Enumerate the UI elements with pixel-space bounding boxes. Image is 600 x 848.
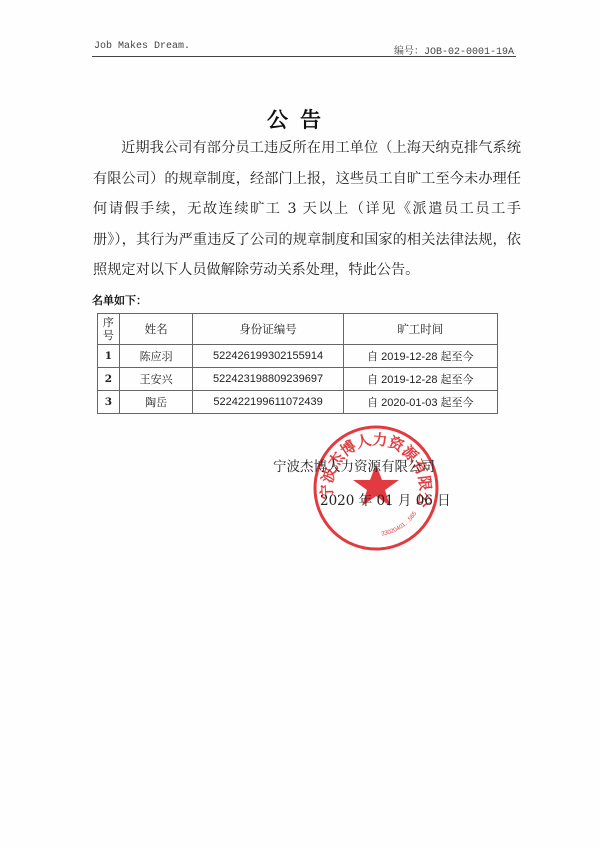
notice-title: 公告 — [0, 104, 600, 134]
signatory-company: 宁波杰博人力资源有限公司 — [273, 455, 435, 475]
signature-date: 2020 年 01 月 06 日 — [320, 489, 451, 509]
cell-seq: 2 — [98, 368, 120, 391]
header-seq-line1: 序 — [103, 316, 114, 329]
header-seq: 序号 — [98, 314, 120, 345]
cell-id-number: 522423198809239697 — [193, 368, 343, 391]
header-seq-line2: 号 — [103, 329, 114, 342]
header-name: 姓名 — [119, 314, 193, 345]
cell-name: 王安兴 — [119, 368, 193, 391]
company-seal-icon: 宁波杰博人力资源有限公司 33020401…565 — [312, 424, 440, 552]
cell-id-number: 522422199611072439 — [193, 391, 343, 414]
header-absence-time: 旷工时间 — [343, 314, 497, 345]
notice-body: 近期我公司有部分员工违反所在用工单位（上海天纳克排气系统有限公司）的规章制度，经… — [93, 133, 521, 286]
header-slogan: Job Makes Dream. — [94, 41, 190, 52]
cell-name: 陈应羽 — [119, 345, 193, 368]
table-row: 1 陈应羽 522426199302155914 自 2019-12-28 起至… — [98, 345, 498, 368]
header-id-number: 身份证编号 — [193, 314, 343, 345]
page-header: Job Makes Dream. 编号：JOB-02-0001-19A — [92, 38, 516, 57]
cell-name: 陶岳 — [119, 391, 193, 414]
dismissal-table: 序号 姓名 身份证编号 旷工时间 1 陈应羽 52242619930215591… — [97, 313, 498, 414]
svg-text:33020401…565: 33020401…565 — [381, 510, 419, 537]
list-label: 名单如下： — [92, 292, 147, 308]
table-header-row: 序号 姓名 身份证编号 旷工时间 — [98, 314, 498, 345]
stamp-serial: 33020401…565 — [381, 510, 419, 537]
notice-paragraph: 近期我公司有部分员工违反所在用工单位（上海天纳克排气系统有限公司）的规章制度，经… — [93, 140, 521, 278]
cell-absence-time: 自 2019-12-28 起至今 — [343, 368, 497, 391]
header-doc-number: 编号：JOB-02-0001-19A — [394, 42, 514, 58]
cell-seq: 1 — [98, 345, 120, 368]
cell-id-number: 522426199302155914 — [193, 345, 343, 368]
table-row: 2 王安兴 522423198809239697 自 2019-12-28 起至… — [98, 368, 498, 391]
table-row: 3 陶岳 522422199611072439 自 2020-01-03 起至今 — [98, 391, 498, 414]
document-page: Job Makes Dream. 编号：JOB-02-0001-19A 公告 近… — [0, 0, 600, 848]
cell-absence-time: 自 2019-12-28 起至今 — [343, 345, 497, 368]
cell-seq: 3 — [98, 391, 120, 414]
cell-absence-time: 自 2020-01-03 起至今 — [343, 391, 497, 414]
